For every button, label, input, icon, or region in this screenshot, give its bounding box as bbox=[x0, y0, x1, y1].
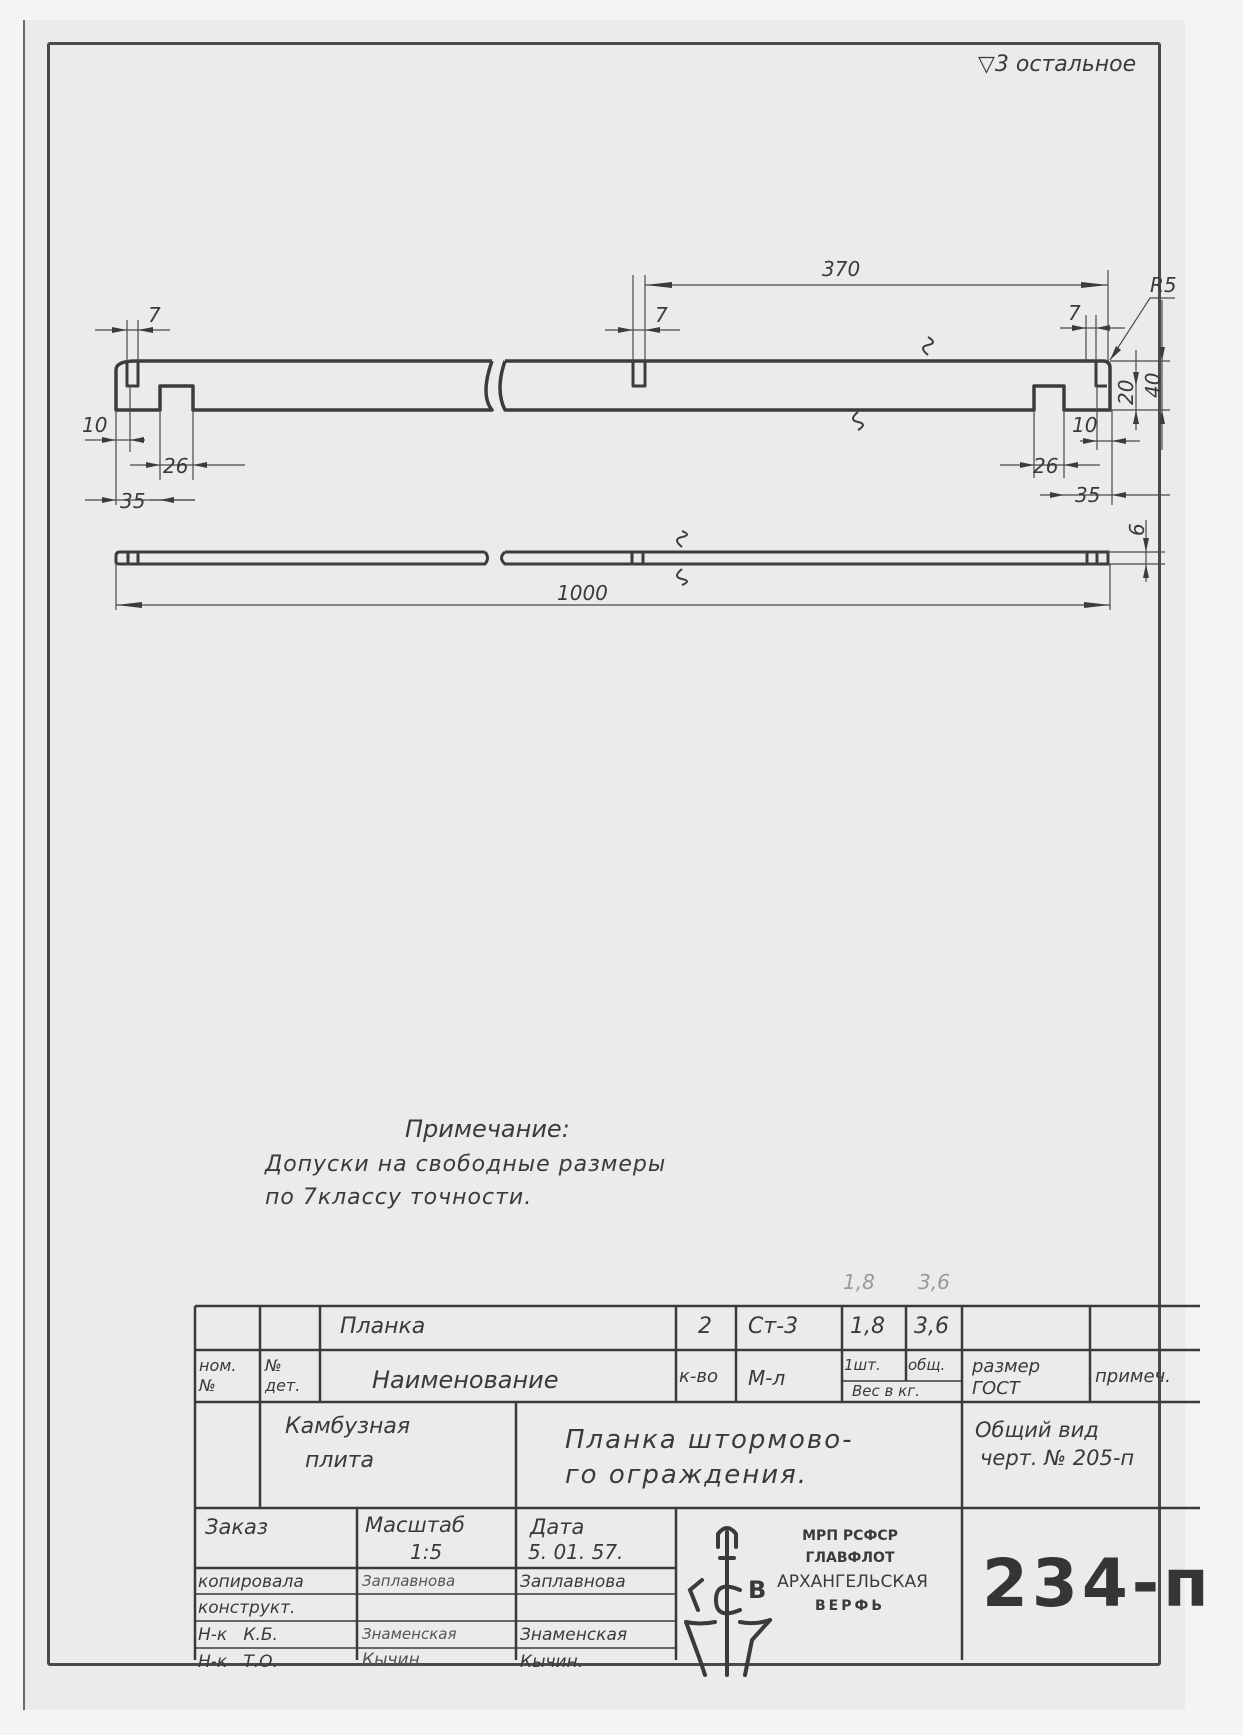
org-line-4: ВЕРФЬ bbox=[775, 1598, 925, 1614]
org-line-2: ГЛАВФЛОТ bbox=[775, 1550, 925, 1566]
org-line-3: АРХАНГЕЛЬСКАЯ bbox=[770, 1572, 935, 1592]
drawing-number: 234-п bbox=[982, 1545, 1213, 1622]
org-line-1: МРП РСФСР bbox=[775, 1528, 925, 1544]
shipyard-logo: В bbox=[0, 0, 1243, 1735]
svg-text:В: В bbox=[748, 1576, 766, 1604]
